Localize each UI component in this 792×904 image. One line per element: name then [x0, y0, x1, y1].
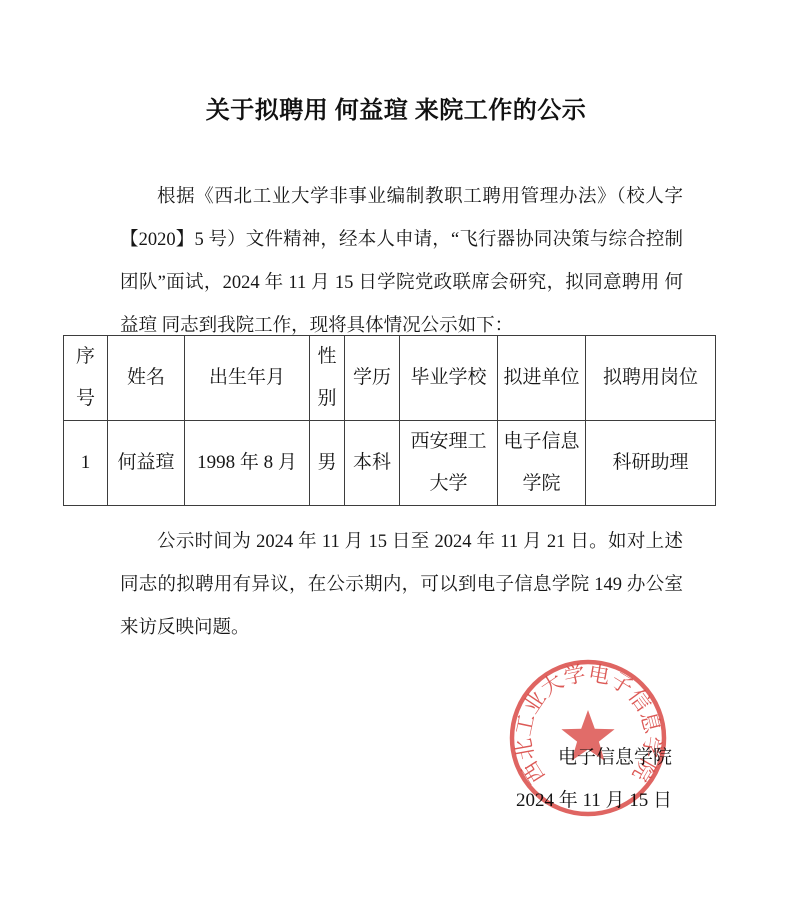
candidate-table: 序号 姓名 出生年月 性别 学历 毕业学校 拟进单位 拟聘用岗位 1 何益瑄 1… — [63, 335, 716, 506]
cell-serial-number: 1 — [64, 421, 108, 506]
publicity-period-paragraph: 公示时间为 2024 年 11 月 15 日至 2024 年 11 月 21 日… — [120, 521, 683, 650]
header-gender: 性别 — [310, 336, 345, 421]
signature-block: 电子信息学院 2024 年 11 月 15 日 — [516, 736, 672, 822]
table-header-row: 序号 姓名 出生年月 性别 学历 毕业学校 拟进单位 拟聘用岗位 — [64, 336, 716, 421]
header-proposed-position: 拟聘用岗位 — [586, 336, 716, 421]
header-education: 学历 — [345, 336, 400, 421]
cell-birth-date: 1998 年 8 月 — [185, 421, 310, 506]
table-row: 1 何益瑄 1998 年 8 月 男 本科 西安理工大学 电子信息学院 科研助理 — [64, 421, 716, 506]
header-graduate-school: 毕业学校 — [400, 336, 498, 421]
header-serial-number: 序号 — [64, 336, 108, 421]
notice-title: 关于拟聘用 何益瑄 来院工作的公示 — [0, 90, 792, 125]
cell-education: 本科 — [345, 421, 400, 506]
signature-date: 2024 年 11 月 15 日 — [516, 779, 672, 822]
intro-paragraph: 根据《西北工业大学非事业编制教职工聘用管理办法》（校人字【2020】5 号）文件… — [120, 176, 683, 348]
header-birth-date: 出生年月 — [185, 336, 310, 421]
notice-page: 关于拟聘用 何益瑄 来院工作的公示 根据《西北工业大学非事业编制教职工聘用管理办… — [0, 0, 792, 904]
cell-proposed-position: 科研助理 — [586, 421, 716, 506]
cell-gender: 男 — [310, 421, 345, 506]
cell-target-unit: 电子信息学院 — [498, 421, 586, 506]
cell-name: 何益瑄 — [108, 421, 185, 506]
header-target-unit: 拟进单位 — [498, 336, 586, 421]
signature-unit: 电子信息学院 — [516, 736, 672, 779]
cell-graduate-school: 西安理工大学 — [400, 421, 498, 506]
header-name: 姓名 — [108, 336, 185, 421]
